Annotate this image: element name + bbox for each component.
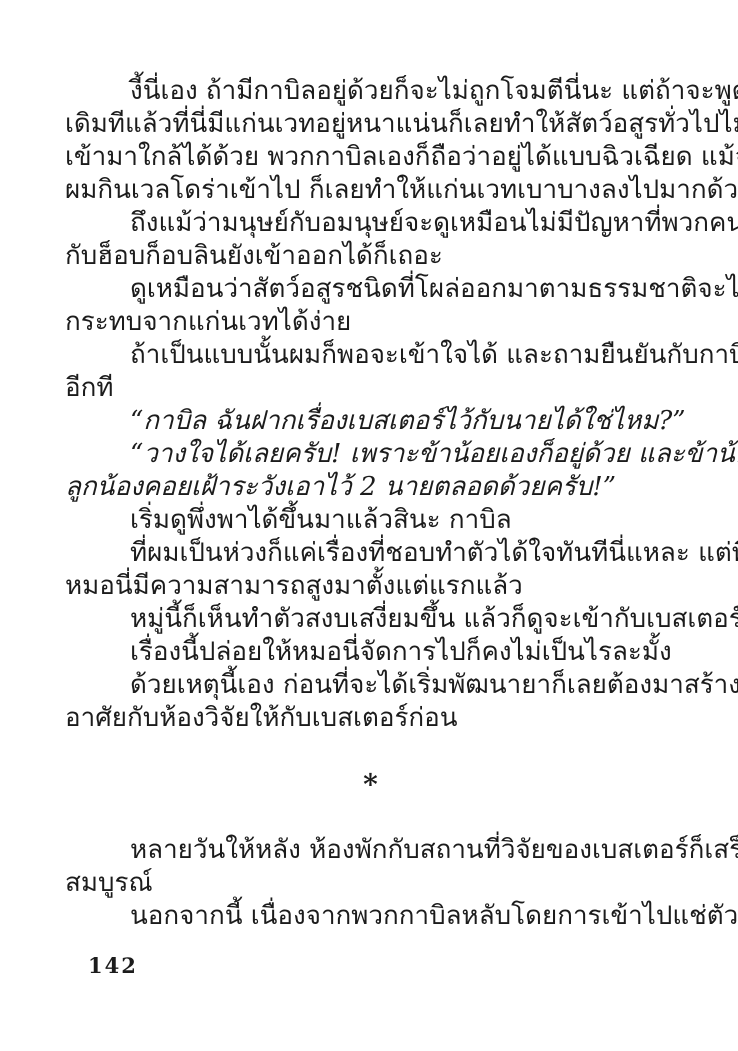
text-line: “กาบิล ฉันฝากเรื่องเบสเตอร์ไว้กับนายได้ใ… bbox=[65, 405, 676, 438]
text-line: ลูกน้องคอยเฝ้าระวังเอาไว้ 2 นายตลอดด้วยค… bbox=[65, 471, 676, 504]
text-line: กับฮ็อบก็อบลินยังเข้าออกได้ก็เถอะ bbox=[65, 240, 676, 273]
text-line: ถ้าเป็นแบบนั้นผมก็พอจะเข้าใจได้ และถามยื… bbox=[65, 339, 676, 372]
text-line: ดูเหมือนว่าสัตว์อสูรชนิดที่โผล่ออกมาตามธ… bbox=[65, 273, 676, 306]
text-line: หมอนี่มีความสามารถสูงมาตั้งแต่แรกแล้ว bbox=[65, 570, 676, 603]
text-line: ผมกินเวลโดร่าเข้าไป ก็เลยทำให้แก่นเวทเบา… bbox=[65, 174, 676, 207]
text-body: งี้นี่เอง ถ้ามีกาบิลอยู่ด้วยก็จะไม่ถูกโจ… bbox=[65, 75, 676, 933]
book-page: งี้นี่เอง ถ้ามีกาบิลอยู่ด้วยก็จะไม่ถูกโจ… bbox=[0, 0, 738, 1051]
blank-line bbox=[65, 735, 676, 768]
text-line: เข้ามาใกล้ได้ด้วย พวกกาบิลเองก็ถือว่าอยู… bbox=[65, 141, 676, 174]
text-line: หลายวันให้หลัง ห้องพักกับสถานที่วิจัยของ… bbox=[65, 834, 676, 867]
text-line: สมบูรณ์ bbox=[65, 867, 676, 900]
text-line: ด้วยเหตุนี้เอง ก่อนที่จะได้เริ่มพัฒนายาก… bbox=[65, 669, 676, 702]
text-line: ถึงแม้ว่ามนุษย์กับอมนุษย์จะดูเหมือนไม่มี… bbox=[65, 207, 676, 240]
text-line: “วางใจได้เลยครับ! เพราะข้าน้อยเองก็อยู่ด… bbox=[65, 438, 676, 471]
page-number: 142 bbox=[88, 953, 138, 978]
blank-line bbox=[65, 801, 676, 834]
text-line: ที่ผมเป็นห่วงก็แค่เรื่องที่ชอบทำตัวได้ใจ… bbox=[65, 537, 676, 570]
text-line: หมู่นี้ก็เห็นทำตัวสงบเสงี่ยมขึ้น แล้วก็ด… bbox=[65, 603, 676, 636]
text-line: เริ่มดูพึ่งพาได้ขึ้นมาแล้วสินะ กาบิล bbox=[65, 504, 676, 537]
text-line: นอกจากนี้ เนื่องจากพวกกาบิลหลับโดยการเข้… bbox=[65, 900, 676, 933]
text-line: อีกที bbox=[65, 372, 676, 405]
text-line: อาศัยกับห้องวิจัยให้กับเบสเตอร์ก่อน bbox=[65, 702, 676, 735]
text-line: งี้นี่เอง ถ้ามีกาบิลอยู่ด้วยก็จะไม่ถูกโจ… bbox=[65, 75, 676, 108]
text-line: เดิมทีแล้วที่นี่มีแก่นเวทอยู่หนาแน่นก็เล… bbox=[65, 108, 676, 141]
section-separator: * bbox=[65, 768, 676, 801]
text-line: กระทบจากแก่นเวทได้ง่าย bbox=[65, 306, 676, 339]
text-line: เรื่องนี้ปล่อยให้หมอนี่จัดการไปก็คงไม่เป… bbox=[65, 636, 676, 669]
